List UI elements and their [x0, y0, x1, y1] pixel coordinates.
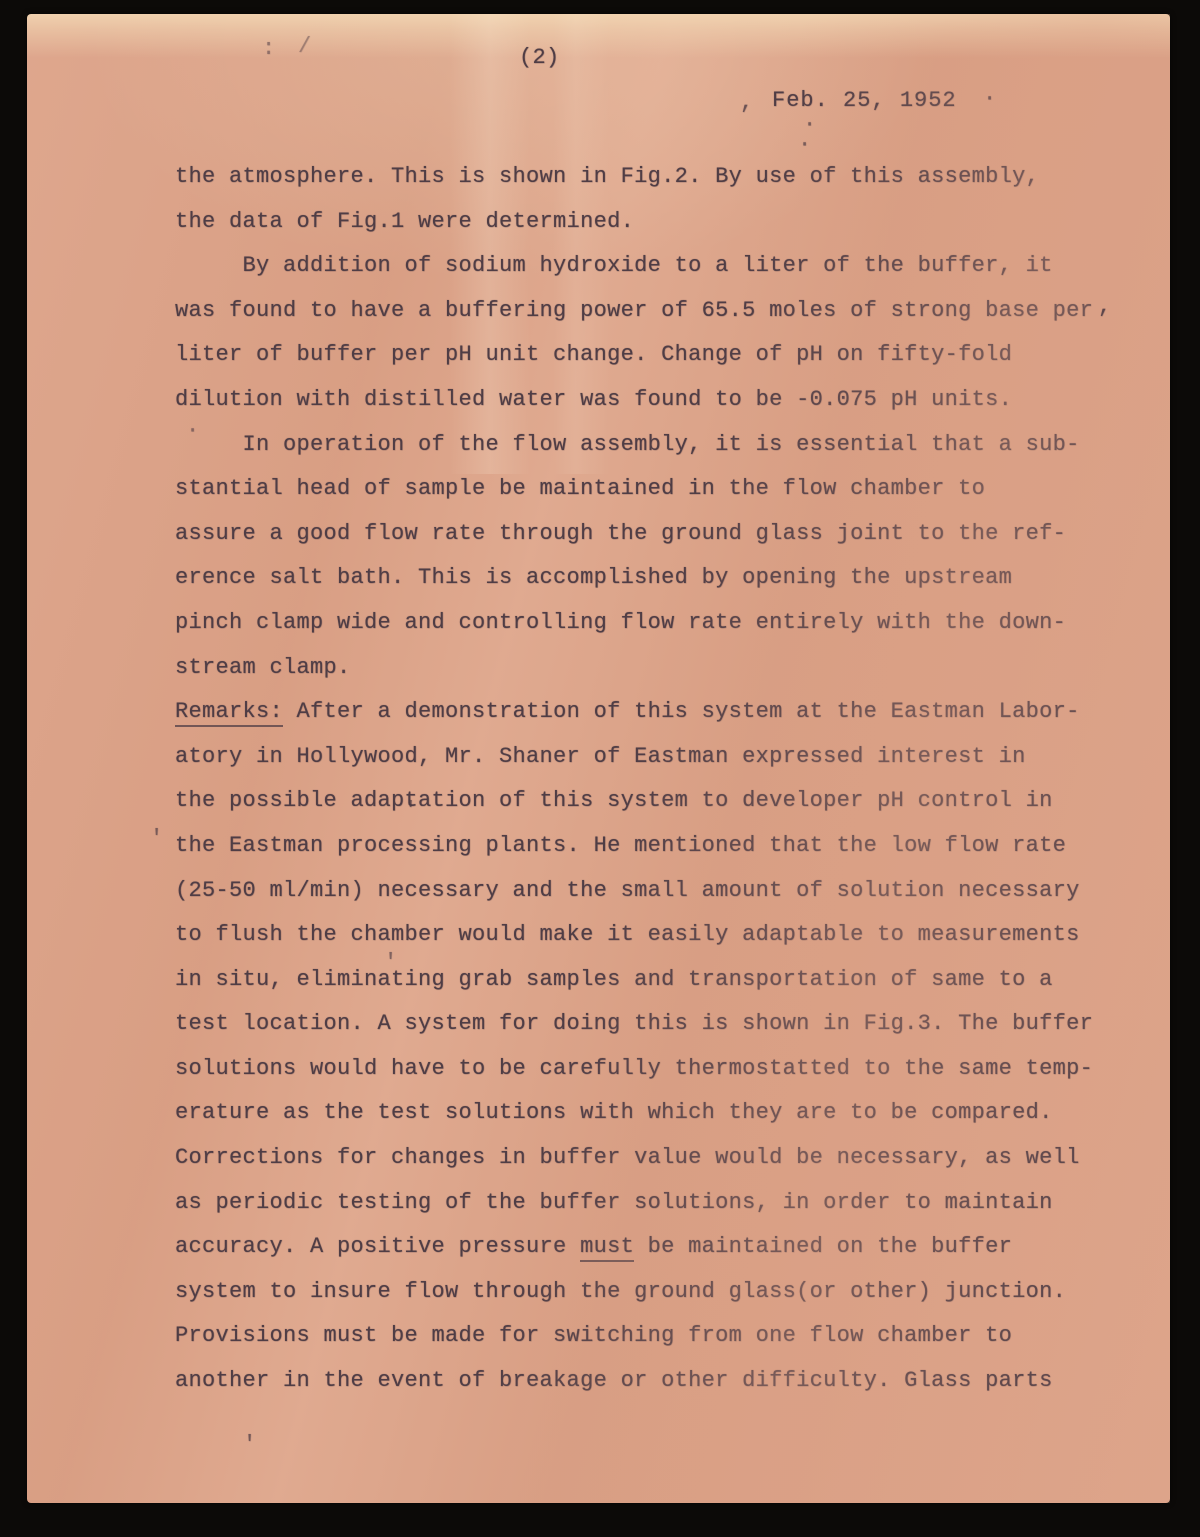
text-line: accuracy. A positive pressure must be ma… [175, 1225, 1093, 1270]
text-segment: erature as the test solutions with which… [175, 1100, 1053, 1125]
text-line: Remarks: After a demonstration of this s… [175, 690, 1093, 735]
text-segment: assure a good flow rate through the grou… [175, 521, 1066, 546]
text-segment: in situ, eliminating grab samples and tr… [175, 967, 1053, 992]
text-segment: as periodic testing of the buffer soluti… [175, 1190, 1053, 1215]
text-line: (25-50 ml/min) necessary and the small a… [175, 869, 1093, 914]
underlined-text: Remarks: [175, 699, 283, 727]
date: Feb. 25, 1952 [772, 88, 957, 113]
text-segment: stream clamp. [175, 655, 351, 680]
text-line: test location. A system for doing this i… [175, 1002, 1093, 1047]
text-line: By addition of sodium hydroxide to a lit… [175, 244, 1093, 289]
text-segment: Corrections for changes in buffer value … [175, 1145, 1080, 1170]
text-line: erature as the test solutions with which… [175, 1091, 1093, 1136]
text-segment: was found to have a buffering power of 6… [175, 298, 1093, 323]
text-segment: (25-50 ml/min) necessary and the small a… [175, 878, 1080, 903]
page-number: (2) [519, 45, 560, 70]
text-segment: In operation of the flow assembly, it is… [175, 432, 1080, 457]
underlined-text: must [580, 1234, 634, 1262]
text-line: dilution with distilled water was found … [175, 378, 1093, 423]
text-line: pinch clamp wide and controlling flow ra… [175, 601, 1093, 646]
text-segment: By addition of sodium hydroxide to a lit… [175, 253, 1053, 278]
document-body: the atmosphere. This is shown in Fig.2. … [175, 155, 1093, 1404]
text-segment: the possible adaptation of this system t… [175, 788, 1053, 813]
text-segment: to flush the chamber would make it easil… [175, 922, 1080, 947]
text-segment: system to insure flow through the ground… [175, 1279, 1066, 1304]
text-segment: atory in Hollywood, Mr. Shaner of Eastma… [175, 744, 1026, 769]
text-segment: solutions would have to be carefully the… [175, 1056, 1093, 1081]
text-line: In operation of the flow assembly, it is… [175, 423, 1093, 468]
text-segment: Provisions must be made for switching fr… [175, 1323, 1012, 1348]
text-segment: erence salt bath. This is accomplished b… [175, 565, 1012, 590]
text-line: to flush the chamber would make it easil… [175, 913, 1093, 958]
text-line: another in the event of breakage or othe… [175, 1359, 1093, 1404]
text-line: the Eastman processing plants. He mentio… [175, 824, 1093, 869]
text-segment: test location. A system for doing this i… [175, 1011, 1093, 1036]
text-segment: pinch clamp wide and controlling flow ra… [175, 610, 1066, 635]
text-segment: the Eastman processing plants. He mentio… [175, 833, 1066, 858]
text-line: in situ, eliminating grab samples and tr… [175, 958, 1093, 1003]
text-segment: another in the event of breakage or othe… [175, 1368, 1053, 1393]
text-line: liter of buffer per pH unit change. Chan… [175, 333, 1093, 378]
text-line: the data of Fig.1 were determined. [175, 200, 1093, 245]
text-line: assure a good flow rate through the grou… [175, 512, 1093, 557]
text-segment: the data of Fig.1 were determined. [175, 209, 634, 234]
text-line: system to insure flow through the ground… [175, 1270, 1093, 1315]
text-segment: After a demonstration of this system at … [283, 699, 1080, 724]
text-line: was found to have a buffering power of 6… [175, 289, 1093, 334]
text-line: solutions would have to be carefully the… [175, 1047, 1093, 1092]
text-line: the possible adaptation of this system t… [175, 779, 1093, 824]
text-line: Provisions must be made for switching fr… [175, 1314, 1093, 1359]
text-segment: liter of buffer per pH unit change. Chan… [175, 342, 1012, 367]
text-segment: be maintained on the buffer [634, 1234, 1012, 1259]
text-line: stream clamp. [175, 646, 1093, 691]
text-segment: dilution with distilled water was found … [175, 387, 1012, 412]
text-line: as periodic testing of the buffer soluti… [175, 1181, 1093, 1226]
text-line: stantial head of sample be maintained in… [175, 467, 1093, 512]
text-line: erence salt bath. This is accomplished b… [175, 556, 1093, 601]
text-line: the atmosphere. This is shown in Fig.2. … [175, 155, 1093, 200]
text-segment: stantial head of sample be maintained in… [175, 476, 985, 501]
document-page: (2) Feb. 25, 1952 the atmosphere. This i… [27, 14, 1170, 1503]
text-line: atory in Hollywood, Mr. Shaner of Eastma… [175, 735, 1093, 780]
text-line: Corrections for changes in buffer value … [175, 1136, 1093, 1181]
text-segment: accuracy. A positive pressure [175, 1234, 580, 1259]
text-segment: the atmosphere. This is shown in Fig.2. … [175, 164, 1039, 189]
scan-background: (2) Feb. 25, 1952 the atmosphere. This i… [0, 0, 1200, 1537]
